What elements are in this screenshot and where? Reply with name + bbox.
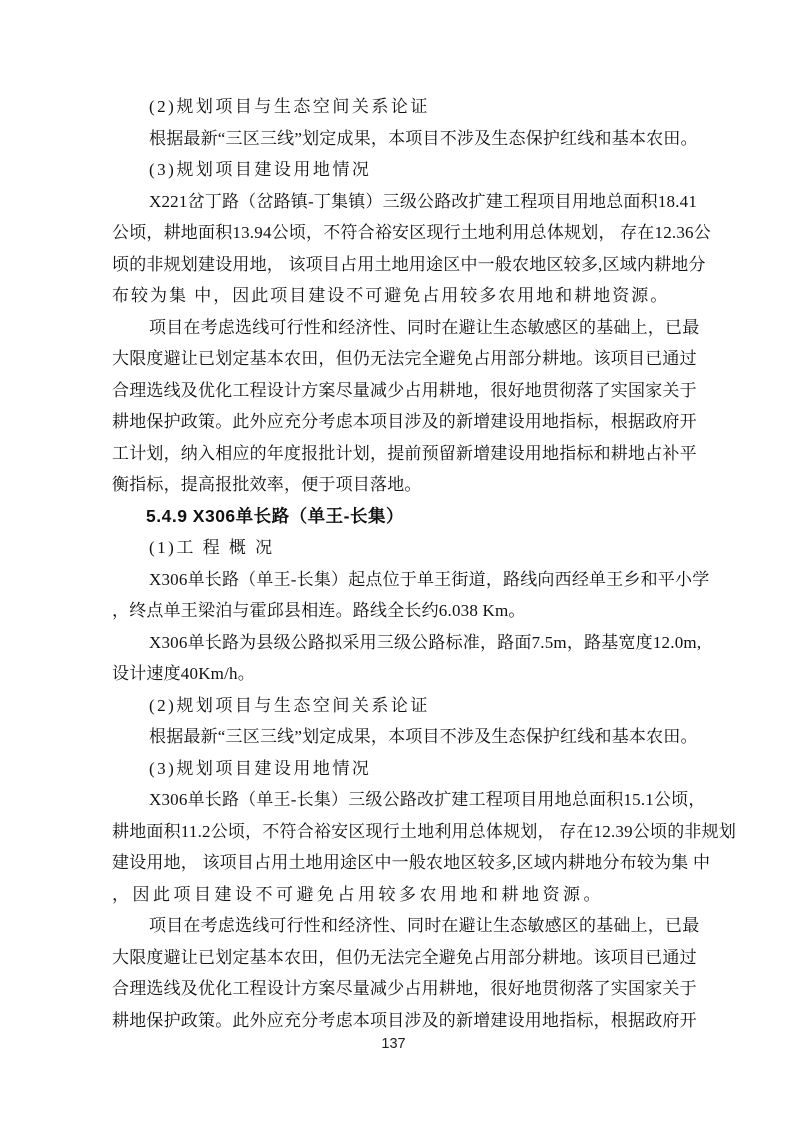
paragraph-line: 耕地保护政策。此外应充分考虑本项目涉及的新增建设用地指标，根据政府开 [112,1005,712,1037]
paragraph-first-line: X306单长路（单王-长集）三级公路改扩建工程项目用地总面积15.1公顷， [112,784,712,816]
paragraph-first-line: X306单长路为县级公路拟采用三级公路标准，路面7.5m，路基宽度12.0m, [112,627,712,659]
paragraph-line: 布较为集 中，因此项目建设不可避免占用较多农用地和耕地资源。 [112,280,712,312]
paragraph-first-line: 项目在考虑选线可行性和经济性、同时在避让生态敏感区的基础上，已最 [112,312,712,344]
paragraph-line: 合理选线及优化工程设计方案尽量减少占用耕地，很好地贯彻落了实国家关于 [112,375,712,407]
paragraph-line: ，因此项目建设不可避免占用较多农用地和耕地资源。 [112,879,712,911]
paragraph-line: ，终点单王梁泊与霍邱县相连。路线全长约6.038 Km。 [112,595,712,627]
paragraph-line: 耕地保护政策。此外应充分考虑本项目涉及的新增建设用地指标，根据政府开 [112,406,712,438]
paragraph-line: 衡指标，提高报批效率，便于项目落地。 [112,469,712,501]
paragraph-line: 合理选线及优化工程设计方案尽量减少占用耕地，很好地贯彻落了实国家关于 [112,973,712,1005]
paragraph-first-line: X306单长路（单王-长集）起点位于单王街道，路线向西经单王乡和平小学 [112,564,712,596]
paragraph-first-line: X221岔丁路（岔路镇-丁集镇）三级公路改扩建工程项目用地总面积18.41 [112,186,712,218]
section-heading: 5.4.9 X306单长路（单王-长集） [112,501,712,533]
document-text-block: (2)规划项目与生态空间关系论证根据最新“三区三线”划定成果，本项目不涉及生态保… [112,91,712,1036]
paragraph-line: 建设用地， 该项目占用土地用途区中一般农地区较多,区域内耕地分布较为集 中 [112,847,712,879]
subsection-label: (3)规划项目建设用地情况 [112,154,712,186]
paragraph-line: 大限度避让已划定基本农田，但仍无法完全避免占用部分耕地。该项目已通过 [112,343,712,375]
page-number: 137 [0,1034,787,1054]
paragraph-line: 设计速度40Km/h。 [112,658,712,690]
paragraph-line: 工计划，纳入相应的年度报批计划，提前预留新增建设用地指标和耕地占补平 [112,438,712,470]
paragraph-line: 大限度避让已划定基本农田，但仍无法完全避免占用部分耕地。该项目已通过 [112,942,712,974]
paragraph-first-line: 项目在考虑选线可行性和经济性、同时在避让生态敏感区的基础上，已最 [112,910,712,942]
subsection-label: (2)规划项目与生态空间关系论证 [112,690,712,722]
paragraph-line: 公顷，耕地面积13.94公顷，不符合裕安区现行土地利用总体规划， 存在12.36… [112,217,712,249]
paragraph-first-line: 根据最新“三区三线”划定成果，本项目不涉及生态保护红线和基本农田。 [112,123,712,155]
subsection-label: (3)规划项目建设用地情况 [112,753,712,785]
subsection-label: (2)规划项目与生态空间关系论证 [112,91,712,123]
paragraph-line: 耕地面积11.2公顷，不符合裕安区现行土地利用总体规划， 存在12.39公顷的非… [112,816,712,848]
paragraph-line: 顷的非规划建设用地， 该项目占用土地用途区中一般农地区较多,区域内耕地分 [112,249,712,281]
paragraph-first-line: 根据最新“三区三线”划定成果，本项目不涉及生态保护红线和基本农田。 [112,721,712,753]
subsection-label: (1)工 程 概 况 [112,532,712,564]
document-page: (2)规划项目与生态空间关系论证根据最新“三区三线”划定成果，本项目不涉及生态保… [0,0,793,1122]
